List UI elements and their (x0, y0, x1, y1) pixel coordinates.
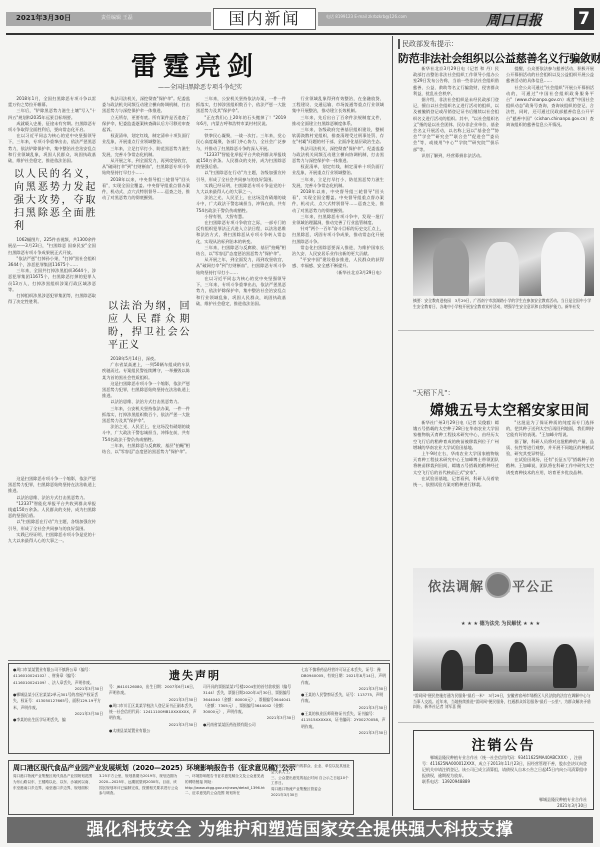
photo-slogan: ★ ★ ★ 德为法先 为民解忧 ★ ★ ★ (461, 620, 540, 627)
paragraph: 据介绍，非法社会组织是未经民政部门登记，擅自以社会组织名义进行活动的组织，以及被… (413, 97, 499, 153)
paragraph: 这是扫黑除恶专项斗争一个缩影，依法严惩黑恶势力犯罪，扫黑除恶始终坚持在法治轨道上… (102, 381, 190, 400)
divider (8, 660, 390, 661)
lost-item: ●郸城县某小区宏某某2单元301号的房屋产权证丢失，权证号：4130501276… (13, 692, 103, 711)
paragraph: 新华社广州3月29日电（记者 吴俊毅）嫦娥五号搭载的太空种子28日在华南农业大学… (413, 420, 499, 451)
masthead-rule (6, 33, 594, 35)
lost-column: 司开具的票据某某7号楼2204室的首付款收据（编号3144）丢失，票据日期202… (203, 684, 295, 752)
photo-figure (485, 242, 519, 296)
lost-item: 司开具的票据某某7号楼2204室的首付款收据（编号3144）丢失，票据日期202… (203, 684, 295, 715)
article-kicker: 民政部发布提示： (402, 39, 458, 49)
photo-figure (475, 644, 493, 674)
lost-item: ●李某的出生医学证明丢失，编 (13, 717, 103, 723)
notice-body: 郸城县隆民种植专业合作社（统一社会信用代码：93411625MA40ABCXXX… (422, 755, 588, 785)
paragraph: 三年来，公安机关坚持依法办案，一件一件抓落实，打掉涉黑组织数百个，依法严惩一大批… (196, 96, 286, 115)
editor-credit: 责任编辑 王磊 (101, 14, 133, 21)
cancellation-notice: 注销公告 郸城县隆民种植专业合作社（统一社会信用代码：93411625MA40A… (413, 730, 594, 810)
bottom-slogan-banner: 强化科技安全 为维护和塑造国家安全提供强大科技支撑 (7, 817, 593, 843)
paragraph: 行业领域乱象得到有效整治，在金融放贷、工程建设、交通运输、市场流通等重点行业领域… (292, 96, 384, 115)
paragraph: 实践已经证明，扫黑除恶专项斗争是党的十九大以来最得人心的大事之一。 (8, 532, 96, 544)
paragraph: "12337"智能化举报平台共收到群众举报线索150万余条。人民群众的支持，成为… (8, 501, 96, 520)
paragraph: 执法司法机关，深挖彻查"保护伞"。纪委监委与政法机关同频互动建立横向协调机制，打… (292, 146, 384, 165)
paragraph: 三年来，各级政府完善基层组织建设，整顿软弱涣散村党组织，排查清理受过刑事处罚、存… (292, 127, 384, 146)
paragraph: 权责清单，划定红线，制定清单十项负面行业乱象，开展重点行业领域整治。 (292, 164, 384, 176)
article-headline: 嫦娥五号太空稻安家田间 (430, 400, 590, 420)
notice-signature: 郸城县隆民种植专业合作社 2021年3月30日 (539, 797, 587, 809)
lost-item: ●周口市川汇区某某学校法人登记证书正副本丢失，统一社会信用代码：12411100… (109, 703, 197, 722)
paragraph: 打掉组织涉黑涉恶犯罪集团等，扫黑除恶取得了决定性胜利。 (8, 293, 96, 305)
paragraph: 在试验田现场，还有"长征五号"搭载种子的稻种。王加峰说，团队将在科研工作中研究太… (506, 457, 594, 476)
paragraph: 三年来，扫黑除恶专项斗争中，发现一批行业领域治理漏洞，推动完善了行业监管制度。 (292, 214, 384, 226)
paragraph: 新华社北京3月29日电（记者 和 丹）民政部打击整治非法社会组织工作领导小组办公… (413, 66, 499, 97)
lead-column-2b: 以法治为纲，回应人民群众期盼，捍卫社会公平正义 2018年5月14日，深夜。 广… (102, 296, 190, 656)
paragraph: 2018年以来，中央督导组三轮督导"回头看"，实现全国全覆盖。中央督导组重点督办… (102, 177, 190, 202)
photo-figure (553, 644, 577, 688)
photo-figure (541, 232, 585, 296)
paragraph: 2018年以来，中央督导组三轮督导"回头看"，实现全国全覆盖。中央督导组重点督办… (292, 189, 384, 214)
paragraph: 成就载入史册，征途未有穷期。扫黑除恶专项斗争取得全面胜利后，要向常态化开启。 (8, 121, 96, 133)
kicker-bar (398, 39, 400, 49)
notice-date: 2021年3月30日 (539, 803, 587, 809)
lead-column-1: 2018年1月，全国扫黑除恶专项斗争以雷霆万钧之势拉开帷幕。 三年后，"铲除黑恶… (8, 96, 96, 476)
page-number: 7 (574, 8, 594, 30)
lead-column-2: 执法司法机关，深挖彻查"保护伞"。纪委监委与政法机关同频互动建立横向协调机制，打… (102, 96, 190, 296)
lead-headline: 雷霆亮剑 (120, 46, 270, 83)
article-column: "这批是为了保证种质的纯度而专门选择的，把其种子送到太空后再回到地面，我们期待它… (506, 420, 594, 560)
dateline: （新华社北京3月29日电） (292, 270, 384, 276)
paragraph: 在以习近平同志为核心的党中央坚强领导下，三年来，专项斗争重拳出击，依法严惩黑恶势… (8, 133, 96, 164)
contact-info: 电话 8199123 E-mail zkrbzkrb@126.com (326, 14, 407, 20)
paragraph: "正在我们心上20年的石头搬掉了！"2019年6月，内蒙古呼和浩特市某村村民说。 (196, 115, 286, 127)
paragraph: "这批是为了保证种质的纯度而专门选择的，把其种子送到太空后再回到地面，我们期待它… (506, 420, 594, 439)
paragraph: 识别了解到，经营募捐非法活动。 (413, 153, 499, 159)
paragraph: 以"扫黑除恶在行动"为主题，各级加强宣传引导，形成了全社会共同参与的良好氛围。 (8, 519, 96, 531)
paragraph: "12337"智能化举报平台共收到群众举报线索150万余条。人民群众的支持，成为… (196, 152, 286, 171)
notice-column: 一、环境影响报告书征求意见稿全文及公众意见表的网络链接 网址：http://ww… (185, 774, 265, 814)
paragraph: 这是扫黑除恶专项斗争一个缩影，依法严惩黑恶势力犯罪，扫黑除恶始终坚持在法治轨道上… (8, 476, 96, 495)
lost-statement-box: 遗失声明 ●周口市某某置业有限公司不慎将公章（编号：4116010024102）… (8, 663, 390, 754)
article-column: 新华社广州3月29日电（记者 吴俊毅）嫦娥五号搭载的太空种子28日在华南农业大学… (413, 420, 499, 560)
lost-column: 号：J6410126080，出生日期：2007年6月16日，声明作废。 2021… (109, 684, 197, 752)
paragraph: 三年后，"铲除黑恶势力滋生土壤"写入"十四五"规划和2035年远景目标纲要。 (8, 108, 96, 120)
paragraph: 法治之光、人民至上，在这场没有硝烟的战斗中，广大政法干警忠诚担当，冲锋在前，共有… (102, 424, 190, 443)
paragraph: "依法严惩"打掉孙小果，"打掉"黑社会组织3644个，涉恶犯罪集团11675个…… (8, 256, 96, 268)
lead-column-4: 行业领域乱象得到有效整治，在金融放贷、工程建设、交通运输、市场流通等重点行业领域… (292, 96, 384, 656)
divider (398, 722, 594, 723)
lead-column-3: 三年来，公安机关坚持依法办案，一件一件抓落实，打掉涉黑组织数百个，依法严惩一大批… (196, 96, 286, 656)
paragraph: 社会公众可通过"社会组织"开展公开募捐活动的，可通过"中国社会组织政务服务平台"… (506, 85, 594, 128)
court-emblem-icon (485, 572, 511, 598)
lost-item: 七店不慎将药品经营许可证正本丢失，证号：豫DB0940005，有效日期：2021… (301, 667, 387, 686)
notice-column: 周口港口物流产业集聚区现代食品产业园规划范围为东山路以东、王楼路以北、以东、沙颍… (13, 774, 93, 814)
section-title: 国内新闻 (213, 8, 316, 30)
photo-figure (441, 650, 463, 690)
paragraph: 在以习近平同志为核心的党中央坚强领导下，三年来，专项斗争重拳出击，依法严惩黑恶势… (196, 276, 286, 307)
paragraph: 2018年1月，全国扫黑除恶专项斗争以雷霆万钧之势拉开帷幕。 (8, 96, 96, 108)
paragraph: 三年来，立足打早打小、防范黑恶势力滋生发展，完善斗争常态化机制。 (102, 146, 190, 158)
paragraph: 以法治思维、法治方式打击黑恶势力。 (8, 495, 96, 501)
notice-phone: 联系电话：13920948889 (422, 779, 470, 784)
lost-item: ●太康县某某置业有限公 (109, 728, 197, 734)
notice-column: 3.25平方公里，规划基期为2019年，规划近期为2020—2025年，远期展望… (99, 774, 179, 814)
issue-date: 2021年3月30日 (16, 13, 71, 23)
paragraph: 法治之光、人民至上，在这场没有硝烟的战斗中，广大政法干警忠诚担当，冲锋在前，共有… (196, 195, 286, 214)
article-column: 提醒，公众要依法参与慈善活动、积极开展公开募捐活动的社会组织以及公益组织开展公益… (506, 66, 594, 222)
paragraph: 从开展之年，到全面发力，再到攻坚收官，从"破网打伞"到"打财断血"，扫黑除恶专项… (102, 158, 190, 177)
article-kicker: "天稻下凡"： (413, 388, 454, 398)
paragraph: 在扫黑除恶专项斗争收官之际，一部专门的反有组织犯罪法正式进入立法日程，以法治思维… (196, 220, 286, 245)
paragraph: 1062幅图片，225件音视频，共1300余件展品——3月23日，"扫黑除恶 国… (8, 237, 96, 256)
paragraph: 在试验田基地，记者看到，科研人员着装统一，依照试验方案对稻种进行移栽。 (413, 476, 499, 488)
paragraph: 三年来，扫黑除恶与反腐败、基层"拍蝇"相结合，以"零容忍"态度惩治黑恶势力"保护… (196, 245, 286, 257)
photo-figure (433, 238, 469, 296)
paragraph: 以法治思维、法治方式打击黑恶势力。 (102, 399, 190, 405)
paragraph: 权责清单，划定红线，制定清单十项负面行业乱象，开展重点行业领域整治。 (102, 133, 190, 145)
paragraph: 从开展之年，到全面发力，再到攻坚收官，从"破网打伞"到"打财断血"，扫黑除恶专项… (196, 257, 286, 276)
paragraph: 三年来，立足打早打小、防范黑恶势力滋生发展，完善斗争常态化机制。 (292, 177, 384, 189)
paragraph: 执法司法机关，深挖彻查"保护伞"。纪委监委与政法机关同频互动建立横向协调机制，打… (102, 96, 190, 115)
lost-item: ●河南省某某医药连锁有限公司 (203, 722, 295, 728)
photo-safety-education (413, 228, 594, 296)
lead-column-1-cont: 这是扫黑除恶专项斗争一个缩影，依法严惩黑恶势力犯罪，扫黑除恶始终坚持在法治轨道上… (8, 476, 96, 656)
paragraph: 上午9时左右，华南农业大学国家植物航天育种工程技术研究中心王加峰博士带领团队将秧… (413, 451, 499, 476)
column-divider (392, 36, 393, 816)
paragraph: 三年来，先后出台了百余件法规制度文件，推动全面建立扫黑除恶制度体系。 (292, 115, 384, 127)
lost-item: ●周口市某某置业有限公司不慎将公章（编号：4116010024102）、财务章（… (13, 667, 103, 686)
newspaper-logo: 周口日报 (486, 10, 542, 30)
paragraph: 三年来，全国共打掉涉黑组织3644个，涉恶犯罪集团11675个，扫黑除恶打掉的犯… (8, 268, 96, 293)
article-headline: 防范非法社会组织以公益慈善名义行骗敛财 (398, 50, 594, 66)
paragraph: 实践已经证明，扫黑除恶专项斗争是党的十九大以来最得人心的大事之一。 (196, 183, 286, 195)
lost-item: 号：J6410126080，出生日期：2007年6月16日，声明作废。 (109, 684, 197, 697)
divider (398, 330, 594, 331)
lost-column: ●周口市某某置业有限公司不慎将公章（编号：4116010024102）、财务章（… (13, 667, 103, 753)
lost-date: 2021年3月30日 (301, 730, 387, 736)
environmental-notice-box: 周口港区现代食品产业园产业发展规划（2020—2025）环境影响报告书（征求意见… (8, 760, 354, 815)
lost-column: 七店不慎将药品经营许可证正本丢失，证号：豫DB0940005，有效日期：2021… (301, 667, 387, 753)
paragraph: 提醒，公众要依法参与慈善活动、积极开展公开募捐活动的社会组织以及公益组织开展公益… (506, 66, 594, 85)
paragraph: 以"扫黑除恶在行动"为主题，各级加强宣传引导，形成了全社会共同参与的良好氛围。 (196, 170, 286, 182)
paragraph: 常态化扫黑除恶要深入推进，为维护国家长治久安、人民安居乐业作出新的更大贡献。 (292, 245, 384, 257)
paragraph: 铁拳民心凝聚，一战一次打。三年来，党心民心高度凝聚，各部门齐心协力，全社会广泛参… (196, 133, 286, 152)
notice-text: 郸城县隆民种植专业合作社（统一社会信用代码：93411625MA40ABCXXX… (422, 755, 587, 778)
notice-title: 注销公告 (414, 735, 593, 755)
paragraph: 三年来，公安机关坚持依法办案，一件一件抓落实，打掉涉黑组织数百个，依法严惩一大批… (102, 406, 190, 425)
paragraph: 三年来，扫黑除恶与反腐败、基层"拍蝇"相结合，以"零容忍"态度惩治黑恶势力"保护… (102, 443, 190, 455)
lost-item: ●王某的执业医师资格证书丢失，证书编号：411515XXXXXX，证书编码：2Y… (301, 711, 387, 730)
paragraph: "平安中国"建设稳步推进，人民群众的获得感、幸福感、安全感不断提升。 (292, 257, 384, 269)
paragraph: 据了解，科研人员将对这批稻种的产量、品质、抗性等进行观察，并开展不同地区的种植试… (506, 439, 594, 458)
paragraph: 广东省某高速上，一列50辆车组成的车队疾驰而过。专案组民警连续蹲守，一举摧毁以陈… (102, 362, 190, 381)
masthead: 2021年3月30日 责任编辑 王磊 国内新闻 电话 8199123 E-mai… (6, 8, 594, 30)
paragraph: 立无所存，更要有底。所有案件是否追查了保护伞，纪委监委逐案核查确认后方可移送审查… (102, 115, 190, 134)
paragraph: 针对"两个一百年"奋斗目标的历史交汇点上，扫黑除恶，巩固专项斗争成果，推动常态化… (292, 226, 384, 245)
section-subheading: 以法治为纲，回应人民群众期盼，捍卫社会公平正义 (108, 300, 190, 352)
notice-column: 区域受影响范围内的群众、企业、单位以及其他社会关系人士。 三、公众提出意见的起止… (271, 764, 351, 814)
photo-caption: 摘要：安全教育进校园 3月29日，广西南宁市滨湖路小学的学生在参加安全教育活动。… (413, 298, 594, 320)
photo-figure (509, 642, 527, 672)
photo-caption: "雷同网"便民控施打通为民服务"最后一米" 3月29日，安徽省宿州市埇桥区人民法… (413, 693, 594, 717)
photo-mediation-center: 依法调解 公平公正 ★ ★ ★ 德为法先 为民解忧 ★ ★ ★ (413, 568, 594, 691)
lost-statement-title: 遗失声明 (169, 667, 221, 683)
section-subheading: 以人民的名义，向黑恶势力发起强大攻势，夺取扫黑除恶全面胜利 (14, 168, 96, 233)
lost-item: ●王某的人民警察证丢失，证号：113775，声明作废。 (301, 692, 387, 705)
article-column: 新华社北京3月29日电（记者 和 丹）民政部打击整治非法社会组织工作领导小组办公… (413, 66, 499, 222)
lead-subheadline: ——全国扫黑除恶专项斗争纪实 (130, 82, 270, 91)
